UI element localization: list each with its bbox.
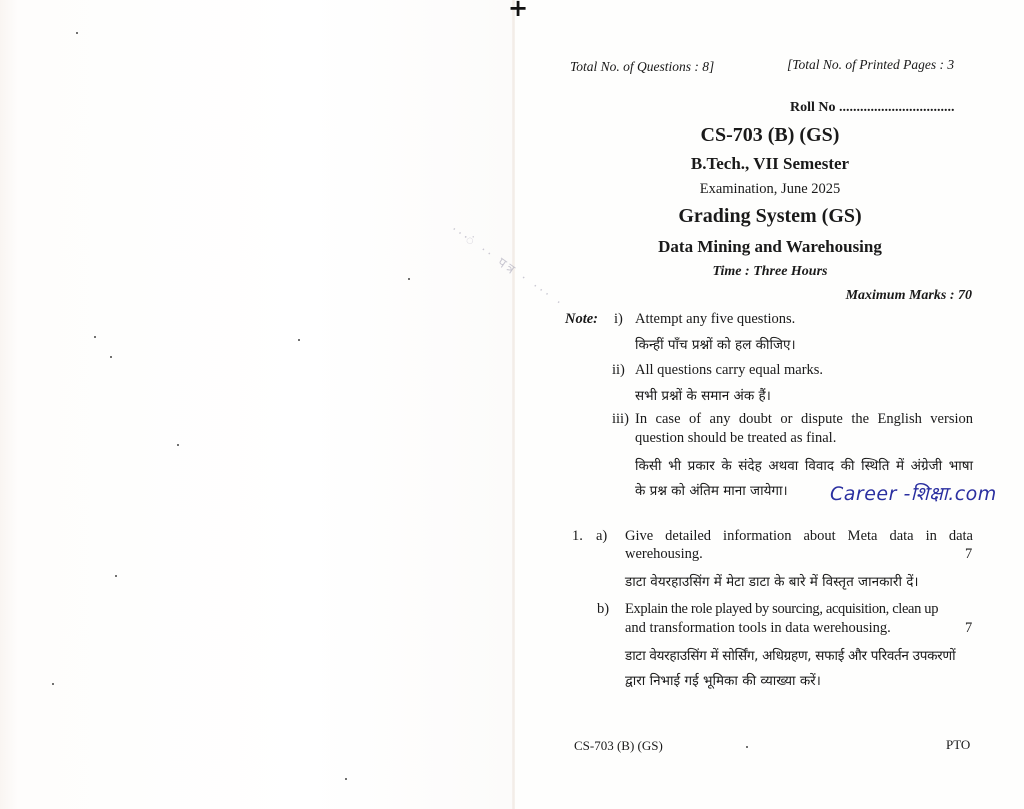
note-2-hindi: सभी प्रश्नों के समान अंक हैं। (635, 386, 771, 404)
question-1b-marks: 7 (965, 620, 972, 637)
total-questions: Total No. of Questions : 8] (570, 59, 714, 75)
note-label: Note: (565, 311, 598, 328)
course-semester: B.Tech., VII Semester (565, 154, 975, 174)
note-3-english-line-2: question should be treated as final. (635, 430, 836, 447)
question-1a-english-line-1: Give detailed information about Meta dat… (625, 528, 973, 545)
please-turn-over: PTO (946, 737, 970, 753)
question-1b-hindi-line-2: द्वारा निभाई गई भूमिका की व्याख्या करें। (625, 671, 821, 689)
subject-title: Data Mining and Warehousing (565, 237, 975, 257)
note-2-number: ii) (612, 362, 625, 379)
paper-speck (177, 444, 179, 446)
note-3-english-line-1: In case of any doubt or dispute the Engl… (635, 411, 973, 428)
question-1b-english-line-2: and transformation tools in data werehou… (625, 620, 891, 637)
paper-speck (115, 575, 117, 577)
grading-system: Grading System (GS) (565, 205, 975, 228)
question-1a-marks: 7 (965, 546, 972, 563)
question-1a-label: a) (596, 528, 607, 545)
note-3-hindi-line-2: के प्रश्न को अंतिम माना जायेगा। (635, 481, 788, 499)
question-1b-english-line-1: Explain the role played by sourcing, acq… (625, 601, 938, 618)
examination-date: Examination, June 2025 (565, 181, 975, 198)
paper-speck (94, 336, 96, 338)
note-2-english: All questions carry equal marks. (635, 362, 823, 379)
paper-speck (76, 32, 78, 34)
paper-speck (345, 778, 347, 780)
total-printed-pages: [Total No. of Printed Pages : 3 (787, 57, 954, 73)
roll-number-field: Roll No ................................… (790, 100, 955, 116)
note-1-english: Attempt any five questions. (635, 311, 795, 328)
note-1-hindi: किन्हीं पाँच प्रश्नों को हल कीजिए। (635, 335, 796, 353)
paper-code: CS-703 (B) (GS) (565, 124, 975, 147)
paper-speck (110, 356, 112, 358)
note-1-number: i) (614, 311, 623, 328)
paper-speck (408, 278, 410, 280)
question-1b-label: b) (597, 601, 609, 618)
paper-speck (746, 746, 748, 748)
question-1-number: 1. (572, 528, 583, 545)
paper-speck (298, 339, 300, 341)
question-1a-hindi: डाटा वेयरहाउसिंग में मेटा डाटा के बारे म… (625, 572, 919, 590)
maximum-marks: Maximum Marks : 70 (846, 288, 972, 304)
paper-speck (52, 683, 54, 685)
career-shiksha-watermark: Career -शिक्षा.com (830, 480, 997, 506)
question-1a-english-line-2: werehousing. (625, 546, 703, 563)
note-3-number: iii) (612, 411, 629, 428)
note-3-hindi-line-1: किसी भी प्रकार के संदेह अथवा विवाद की स्… (635, 456, 973, 474)
footer-paper-code: CS-703 (B) (GS) (574, 738, 663, 754)
crop-mark-icon: + (508, 0, 528, 22)
exam-duration: Time : Three Hours (565, 264, 975, 280)
question-1b-hindi-line-1: डाटा वेयरहाउसिंग में सोर्सिंग, अधिग्रहण,… (625, 646, 955, 664)
left-blank-page (0, 0, 512, 809)
